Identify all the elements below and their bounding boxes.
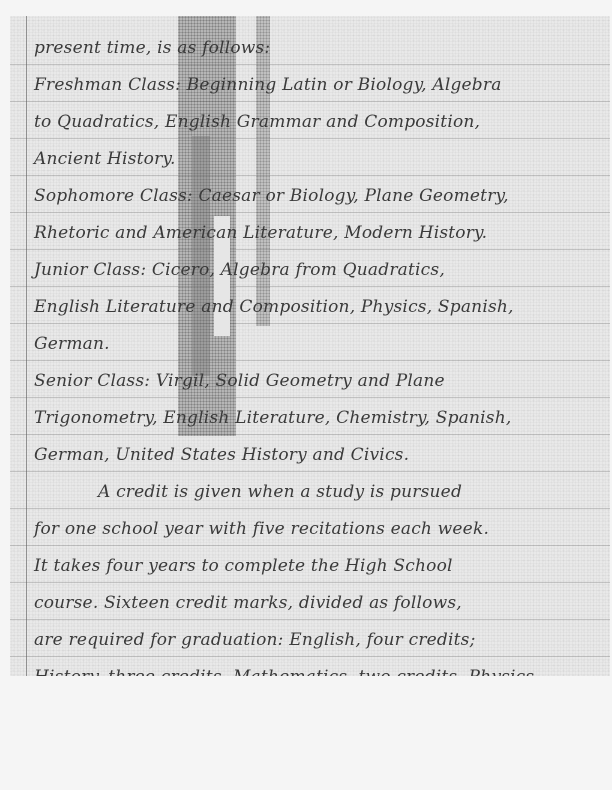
text-line: Senior Class: Virgil, Solid Geometry and… <box>34 363 602 400</box>
text-line: History, three credits, Mathematics, two… <box>34 659 602 676</box>
text-line: Trigonometry, English Literature, Chemis… <box>34 400 602 437</box>
text-line: German, United States History and Civics… <box>34 437 602 474</box>
margin-line <box>26 16 27 676</box>
text-line: course. Sixteen credit marks, divided as… <box>34 585 602 622</box>
text-line-paragraph-start: A credit is given when a study is pursue… <box>34 474 602 511</box>
text-line: for one school year with five recitation… <box>34 511 602 548</box>
text-line: German. <box>34 326 602 363</box>
text-line: Sophomore Class: Caesar or Biology, Plan… <box>34 178 602 215</box>
text-line: present time, is as follows: <box>34 30 602 67</box>
text-line: English Literature and Composition, Phys… <box>34 289 602 326</box>
text-line: Freshman Class: Beginning Latin or Biolo… <box>34 67 602 104</box>
text-line: to Quadratics, English Grammar and Compo… <box>34 104 602 141</box>
scanned-page: present time, is as follows: Freshman Cl… <box>10 16 610 676</box>
text-line: Rhetoric and American Literature, Modern… <box>34 215 602 252</box>
text-line: It takes four years to complete the High… <box>34 548 602 585</box>
text-line: Ancient History. <box>34 141 602 178</box>
text-line: are required for graduation: English, fo… <box>34 622 602 659</box>
handwritten-text: present time, is as follows: Freshman Cl… <box>34 30 602 676</box>
text-line: Junior Class: Cicero, Algebra from Quadr… <box>34 252 602 289</box>
